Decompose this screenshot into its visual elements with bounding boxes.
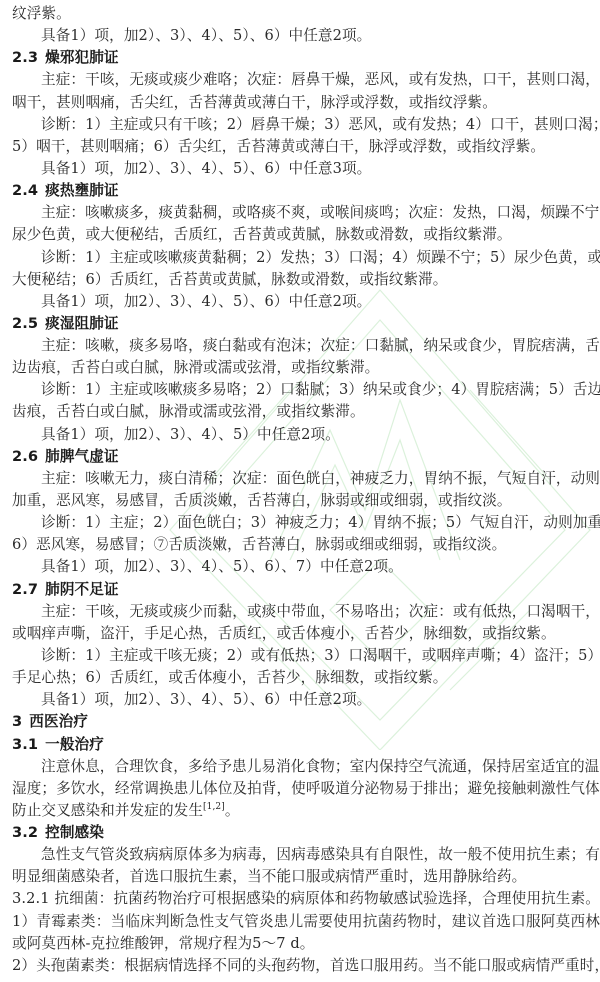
section-heading-2-4: 2.4痰热壅肺证 — [12, 179, 600, 203]
criteria-line: 具备1）项，加2）、3）、4）、5）、6）中任意2项。 — [41, 290, 600, 314]
text-line: 齿痕，舌苔白或白腻，脉滑或濡或弦滑，或指纹紫滞。 — [12, 400, 600, 424]
text-line: 或咽痒声嘶，盗汗，手足心热，舌质红，或舌体瘦小，舌苔少，脉细数，或指纹紫。 — [12, 622, 600, 646]
text-line: 1）青霉素类：当临床判断急性支气管炎患儿需要使用抗菌药物时，建议首选口服阿莫西林 — [12, 910, 600, 934]
section-number: 2.4 — [12, 182, 38, 199]
text-line: 诊断：1）主症或咳嗽痰多易咯；2）口黏腻；3）纳呆或食少；4）胃脘痞满；5）舌边 — [41, 378, 600, 402]
text-line: 2）头孢菌素类：根据病情选择不同的头孢药物，首选口服用药。当不能口服或病情严重时… — [12, 954, 600, 978]
text-line: 诊断：1）主症或只有干咳；2）唇鼻干燥；3）恶风，或有发热；4）口干，甚则口渴； — [41, 113, 600, 137]
text-line-with-citation: 防止交叉感染和并发症的发生[1,2]。 — [12, 799, 600, 823]
section-number: 3 — [12, 713, 22, 730]
section-number: 2.5 — [12, 315, 38, 332]
text-line: 急性支气管炎致病病原体多为病毒，因病毒感染具有自限性，故一般不使用抗生素；有 — [41, 843, 600, 867]
text-span: 防止交叉感染和并发症的发生 — [12, 802, 203, 819]
section-title: 痰湿阻肺证 — [45, 315, 118, 332]
section-heading-2-3: 2.3燥邪犯肺证 — [12, 46, 600, 70]
text-line: 或阿莫西林-克拉维酸钾，常规疗程为5～7 d。 — [12, 932, 600, 956]
text-line: 手足心热；6）舌质红，或舌体瘦小，舌苔少，脉细数，或指纹紫。 — [12, 666, 600, 690]
section-title: 痰热壅肺证 — [45, 182, 118, 199]
text-line: 诊断：1）主症；2）面色㿠白；3）神疲乏力；4）胃纳不振；5）气短自汗，动则加重… — [41, 511, 600, 535]
text-line: 诊断：1）主症或咳嗽痰黄黏稠；2）发热；3）口渴；4）烦躁不宁；5）尿少色黄，或 — [41, 246, 600, 270]
text-line: 主症：干咳，无痰或痰少难咯；次症：唇鼻干燥，恶风，或有发热，口干，甚则口渴， — [41, 68, 600, 92]
text-line: 3.2.1 抗细菌：抗菌药物治疗可根据感染的病原体和药物敏感试验选择，合理使用抗… — [12, 887, 600, 911]
text-line: 主症：干咳，无痰或痰少而黏，或痰中带血，不易咯出；次症：或有低热，口渴咽干， — [41, 600, 600, 624]
text-line: 加重，恶风寒，易感冒，舌质淡嫩，舌苔薄白，脉弱或细或细弱，或指纹淡。 — [12, 489, 600, 513]
text-line: 明显细菌感染者，首选口服抗生素，当不能口服或病情严重时，选用静脉给药。 — [12, 865, 600, 889]
section-title: 控制感染 — [45, 824, 104, 841]
text-line: 诊断：1）主症或干咳无痰；2）或有低热；3）口渴咽干，或咽痒声嘶；4）盗汗；5） — [41, 644, 600, 668]
section-number: 2.3 — [12, 49, 38, 66]
text-line: 主症：咳嗽痰多，痰黄黏稠，或咯痰不爽，或喉间痰鸣；次症：发热，口渴，烦躁不宁， — [41, 201, 600, 225]
criteria-line: 具备1）项，加2）、3）、4）、5）、6）、7）中任意2项。 — [41, 555, 600, 579]
section-heading-3: 3西医治疗 — [12, 710, 600, 734]
section-heading-2-7: 2.7肺阴不足证 — [12, 578, 600, 602]
section-number: 3.2 — [12, 824, 38, 841]
section-heading-3-1: 3.1一般治疗 — [12, 733, 600, 757]
criteria-line: 具备1）项，加2）、3）、4）、5）、6）中任意2项。 — [41, 688, 600, 712]
text-line: 边齿痕，舌苔白或白腻，脉滑或濡或弦滑，或指纹紫滞。 — [12, 356, 600, 380]
citation-ref[interactable]: [1,2] — [203, 802, 225, 812]
criteria-line: 具备1）项，加2）、3）、4）、5）中任意2项。 — [41, 423, 600, 447]
section-title: 西医治疗 — [29, 713, 88, 730]
text-line: 尿少色黄，或大便秘结，舌质红，舌苔黄或黄腻，脉数或滑数，或指纹紫滞。 — [12, 223, 600, 247]
section-heading-3-2: 3.2控制感染 — [12, 821, 600, 845]
text-line: 5）咽干，甚则咽痛；6）舌尖红，舌苔薄黄或薄白干，脉浮或浮数，或指纹浮紫。 — [12, 135, 600, 159]
criteria-line: 具备1）项，加2）、3）、4）、5）、6）中任意3项。 — [41, 157, 600, 181]
text-line: 主症：咳嗽无力，痰白清稀；次症：面色㿠白，神疲乏力，胃纳不振，气短自汗，动则 — [41, 467, 600, 491]
criteria-line: 具备1）项，加2）、3）、4）、5）、6）中任意2项。 — [41, 24, 600, 48]
section-number: 2.6 — [12, 448, 38, 465]
section-heading-2-5: 2.5痰湿阻肺证 — [12, 312, 600, 336]
text-line: 湿度；多饮水，经常调换患儿体位及拍背，使呼吸道分泌物易于排出；避免接触刺激性气体… — [12, 777, 600, 801]
section-title: 肺脾气虚证 — [45, 448, 118, 465]
text-line: 咽干，甚则咽痛，舌尖红，舌苔薄黄或薄白干，脉浮或浮数，或指纹浮紫。 — [12, 91, 600, 115]
text-line: 大便秘结；6）舌质红，舌苔黄或黄腻，脉数或滑数，或指纹紫滞。 — [12, 268, 600, 292]
section-number: 2.7 — [12, 581, 38, 598]
text-line: 6）恶风寒，易感冒；⑦舌质淡嫩，舌苔薄白，脉弱或细或细弱，或指纹淡。 — [12, 533, 600, 557]
section-number: 3.1 — [12, 736, 38, 753]
section-title: 燥邪犯肺证 — [45, 49, 118, 66]
section-title: 一般治疗 — [45, 736, 104, 753]
text-span: 。 — [225, 802, 240, 819]
text-line: 主症：咳嗽，痰多易咯，痰白黏或有泡沫；次症：口黏腻，纳呆或食少，胃脘痞满，舌 — [41, 334, 600, 358]
text-line: 纹浮紫。 — [12, 2, 600, 26]
section-heading-2-6: 2.6肺脾气虚证 — [12, 445, 600, 469]
text-line: 注意休息，合理饮食，多给予患儿易消化食物；室内保持空气流通，保持居室适宜的温、 — [41, 755, 600, 779]
section-title: 肺阴不足证 — [45, 581, 118, 598]
